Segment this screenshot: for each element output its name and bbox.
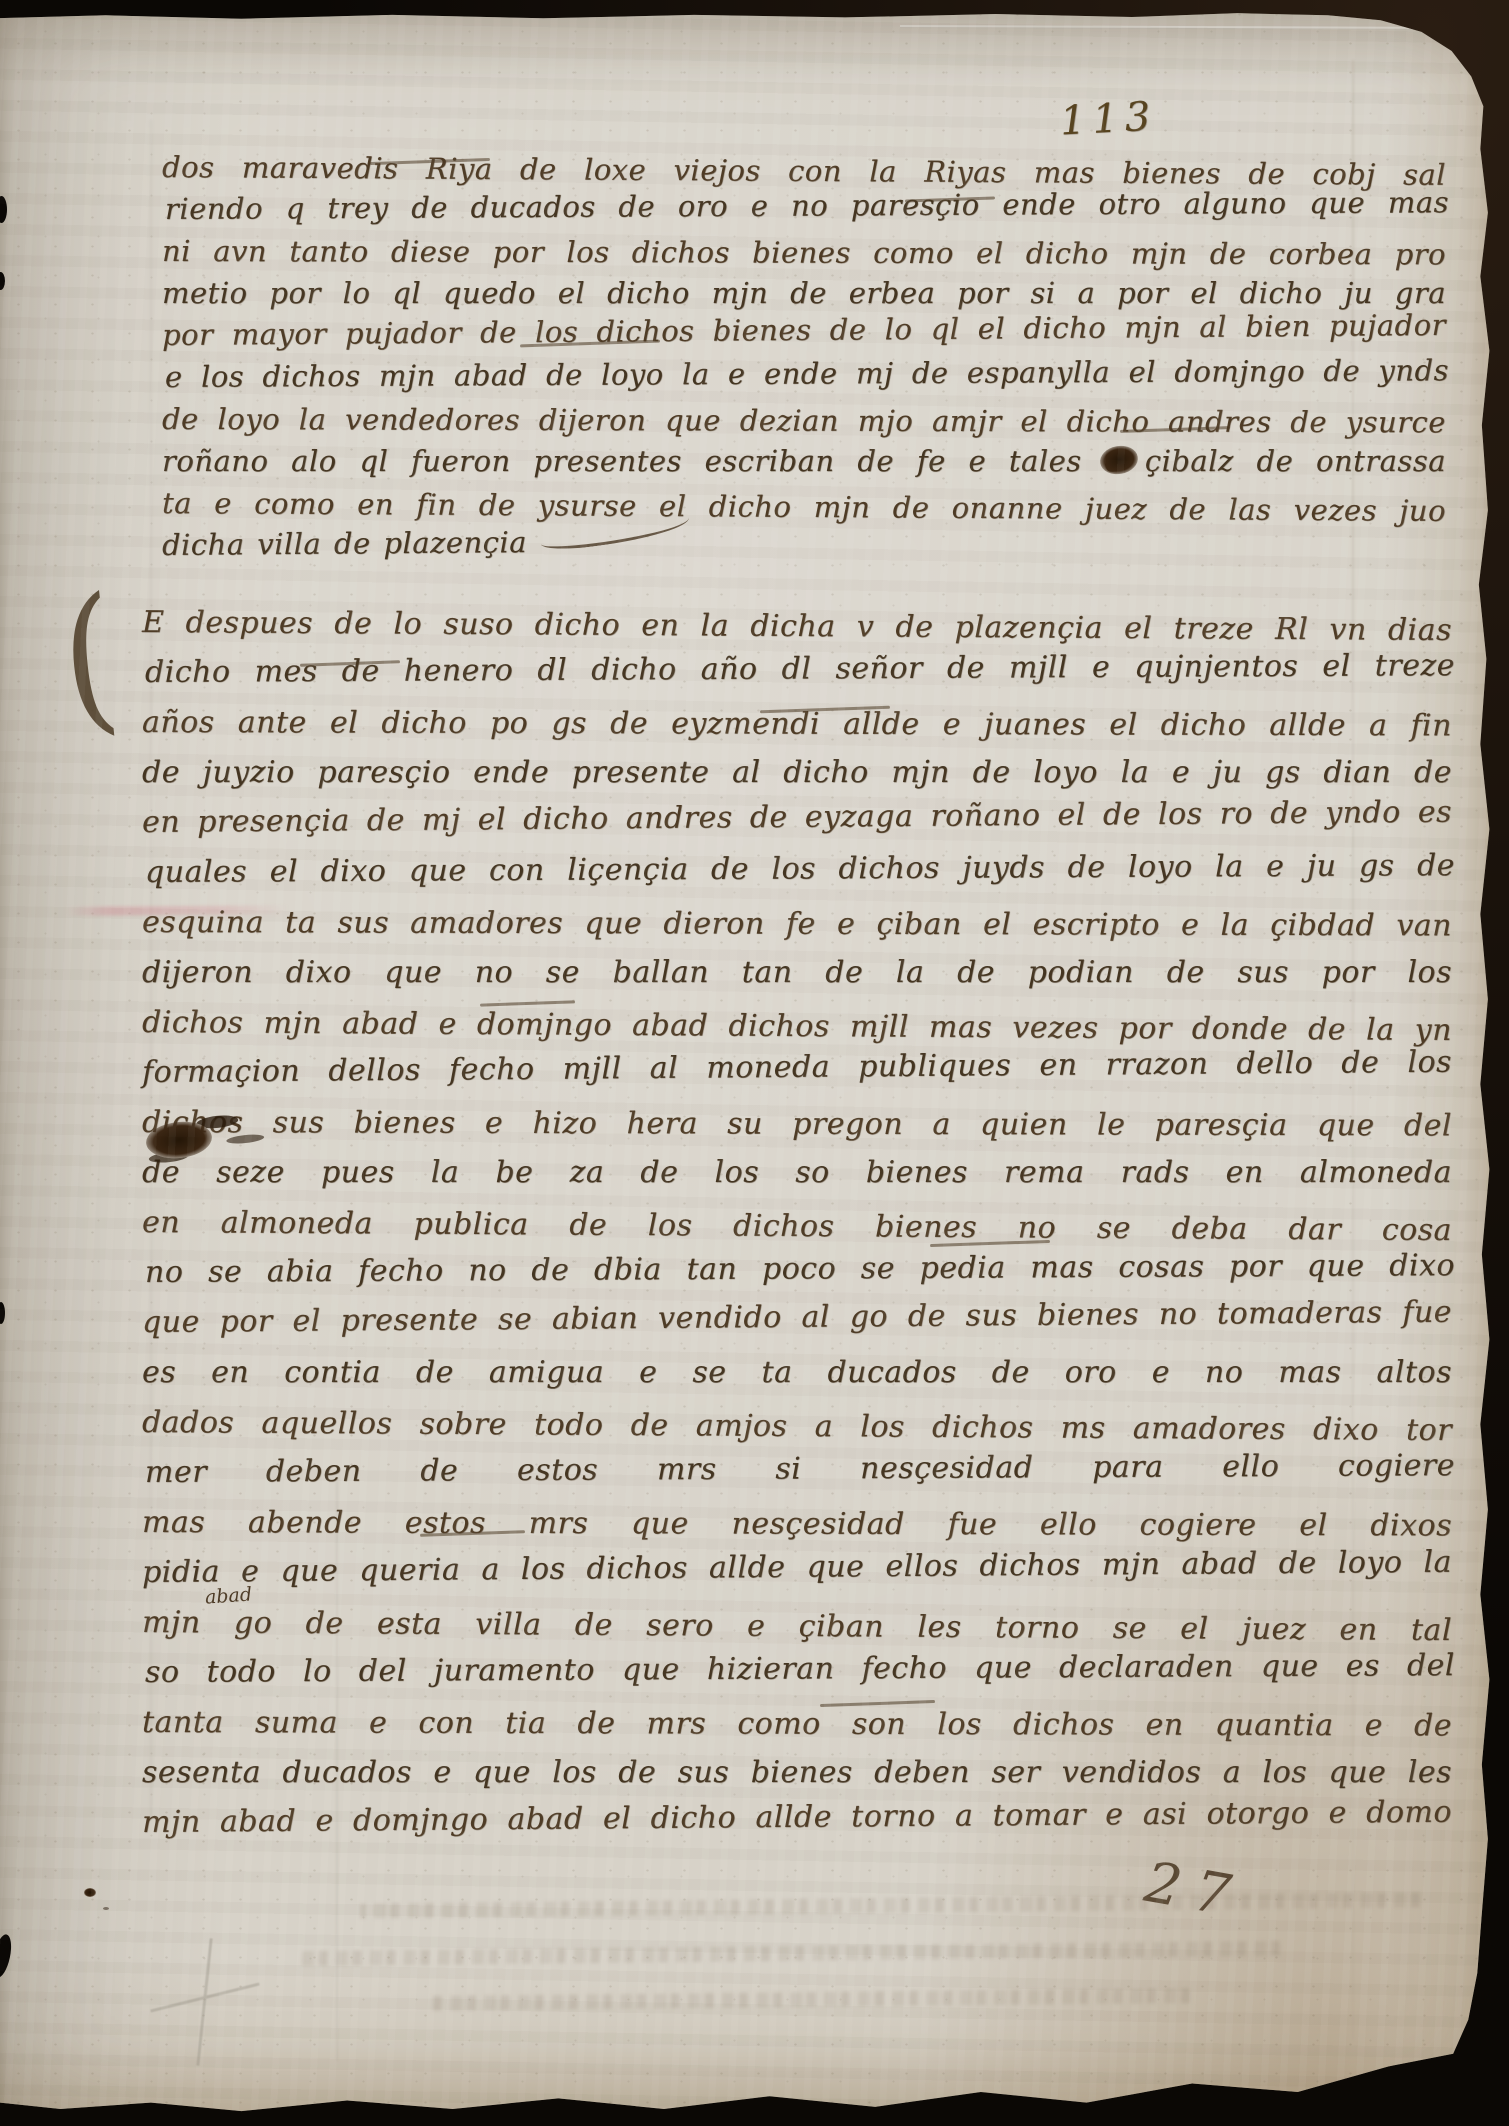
manuscript-line: mjn abad e domjngo abad el dicho allde t… [142,1788,1452,1848]
interlinear-note: abad [204,1583,252,1608]
manuscript-line: que por el presente se abian vendido al … [142,1288,1452,1348]
paper-crease [900,25,1480,30]
paragraph-1: dos maravedis Riya de loxe viejos con la… [162,146,1446,566]
manuscript-line: riendo q trey de ducados de oro e no par… [165,181,1449,230]
manuscript-line: dicho mes de henero dl dicho año dl seño… [145,641,1455,698]
graphite-mark [145,1938,275,2073]
paper-nick [0,272,5,290]
manuscript-line: tanta suma e con tia de mrs como son los… [142,1698,1452,1751]
manuscript-line: formaçion dellos fecho mjll al moneda pu… [142,1038,1452,1098]
paragraph-opening-bracket: ( [54,576,123,741]
paper-nick [0,1933,14,1979]
manuscript-line: mer deben de estos mrs si nesçesidad par… [145,1441,1455,1498]
bleed-through-ghost-text [360,1892,1420,1918]
paper-nick [0,196,7,223]
manuscript-line: de loyo la vendedores dijeron que dezian… [162,398,1446,443]
manuscript-line: esquina ta sus amadores que dieron fe e … [142,898,1452,951]
manuscript-line: e los dichos mjn abad de loyo la e ende … [165,349,1449,398]
manuscript-line: dichos sus bienes e hizo hera su pregon … [142,1098,1452,1151]
bleed-through-ghost-text [300,1941,1280,1966]
paper-nick [0,1302,5,1324]
manuscript-line: es en contia de amigua e se ta ducados d… [142,1348,1452,1398]
manuscript-line: de seze pues la be za de los so bienes r… [142,1148,1452,1198]
notary-rubric: 27 [1140,1850,1249,1931]
ink-blot [84,1888,96,1897]
folio-number: 113 [1059,93,1159,144]
manuscript-line: quales el dixo que con liçençia de los d… [145,841,1455,898]
bleed-through-ghost-text [430,1988,1190,2011]
manuscript-line: so todo lo del juramento que hizieran fe… [145,1641,1455,1698]
manuscript-page: 113 dos maravedis Riya de loxe viejos co… [0,0,1509,2126]
manuscript-line: pidia e que queria a los dichos allde qu… [142,1538,1452,1598]
manuscript-line: años ante el dicho po gs de eyzmendi all… [142,698,1452,751]
manuscript-line: en presençia de mj el dicho andres de ey… [142,788,1452,848]
manuscript-line: ni avn tanto diese por los dichos bienes… [162,230,1446,275]
manuscript-scan: 113 dos maravedis Riya de loxe viejos co… [0,0,1509,2126]
manuscript-line: por mayor pujador de los dichos bienes d… [162,304,1446,356]
paragraph-2: E despues de lo suso dicho en la dicha v… [142,598,1452,1848]
manuscript-line: dijeron dixo que no se ballan tan de la … [142,948,1452,998]
manuscript-line: roñano alo ql fueron presentes escriban … [162,440,1446,482]
manuscript-line: dicha villa de plazençia [162,514,1446,566]
